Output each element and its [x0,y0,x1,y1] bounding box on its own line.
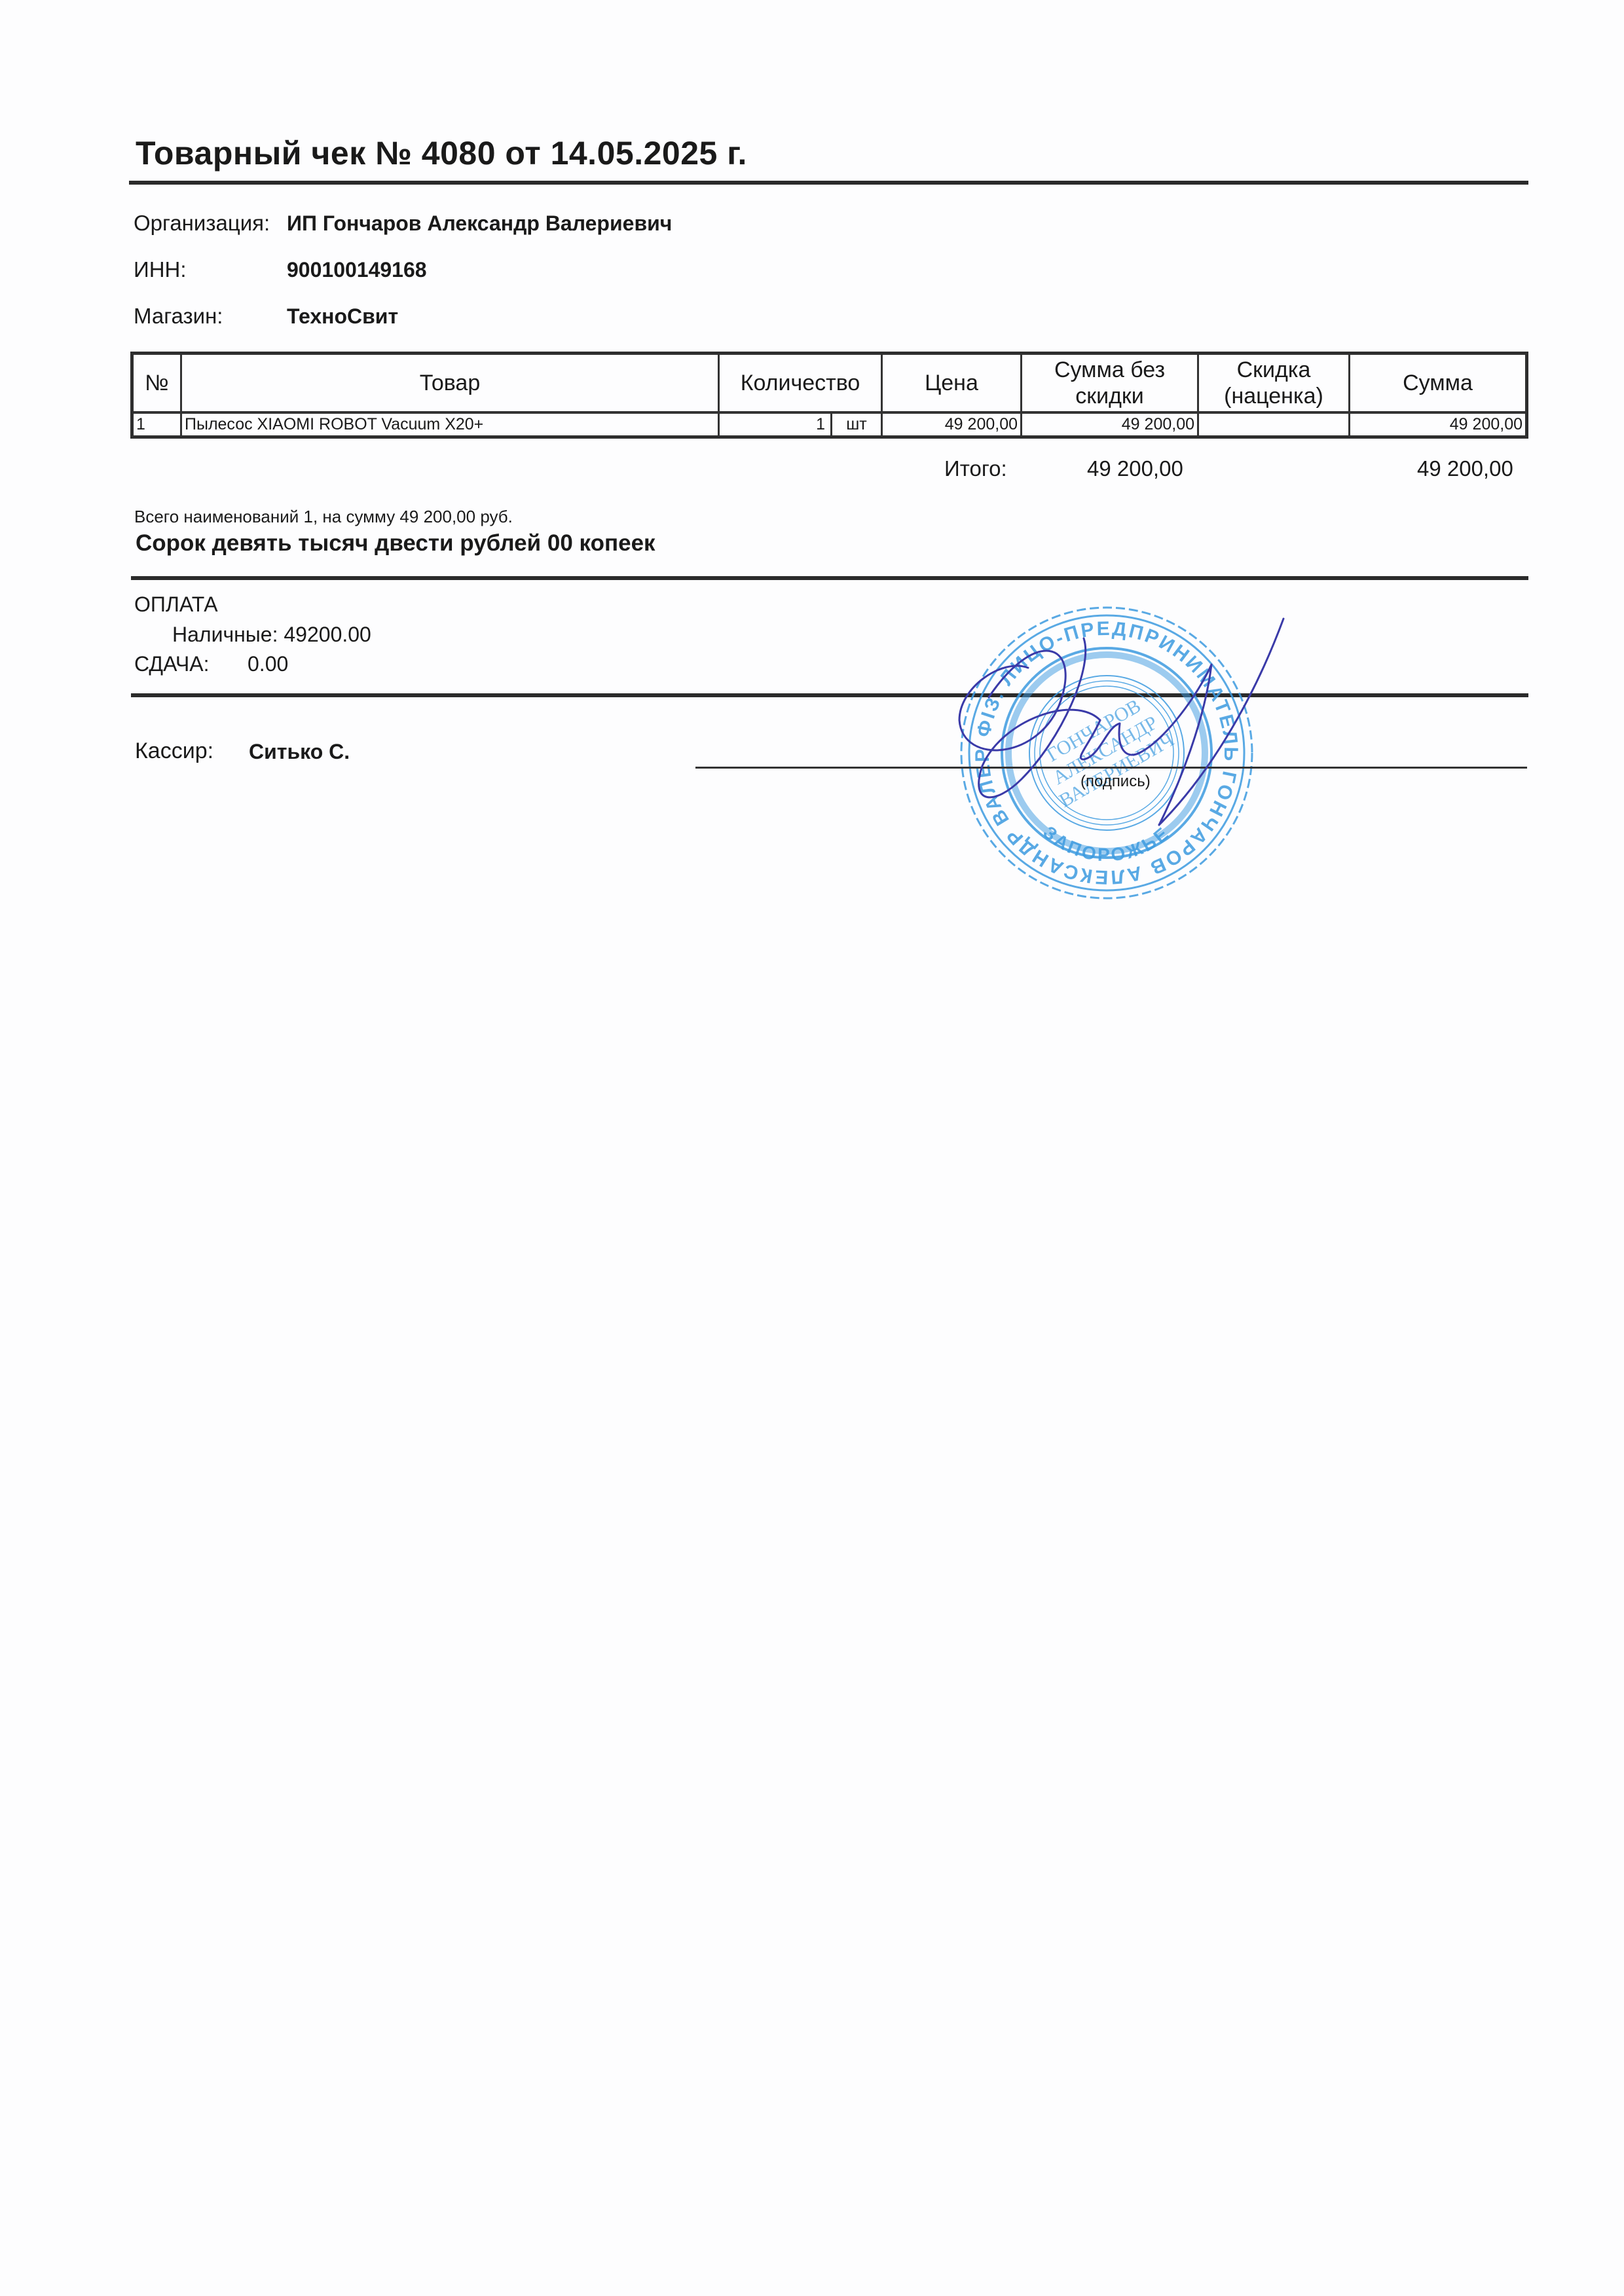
header-product: Товар [182,355,720,414]
row-price: 49 200,00 [883,414,1022,435]
payment-divider-top [131,576,1528,580]
signature-caption: (подпись) [1080,773,1151,791]
row-sum-no-discount: 49 200,00 [1022,414,1199,435]
change-value: 0.00 [248,652,288,676]
organization-label: Организация: [134,211,270,236]
svg-text:ФІЗ. ЛИЦО-ПРЕДПРИНИМАТЕЛЬ ГОНЧ: ФІЗ. ЛИЦО-ПРЕДПРИНИМАТЕЛЬ ГОНЧАРОВ АЛЕКС… [953,599,1242,888]
inn-value: 900100149168 [287,258,427,282]
header-sum: Сумма [1350,355,1525,414]
totals-label: Итого: [944,456,1007,481]
header-sum-no-discount: Сумма без скидки [1022,355,1199,414]
header-num: № [134,355,182,414]
cashier-name: Ситько С. [249,740,350,764]
row-sum: 49 200,00 [1350,414,1525,435]
signature-line [695,767,1527,769]
header-quantity: Количество [720,355,883,414]
totals-sum: 49 200,00 [1417,456,1513,481]
handwritten-signature-icon [943,589,1310,917]
items-table: № Товар Количество Цена Сумма без скидки… [130,352,1528,439]
stamp-center-1: ГОНЧАРОВ [1043,695,1145,766]
row-quantity: 1 [720,414,832,435]
change-label: СДАЧА: [134,652,209,676]
shop-value: ТехноСвит [287,304,398,329]
row-unit: шт [832,414,883,435]
shop-label: Магазин: [134,304,223,329]
inn-label: ИНН: [134,257,187,282]
payment-cash: Наличные: 49200.00 [172,623,371,647]
row-product: Пылесос XIAOMI ROBOT Vacuum X20+ [182,414,720,435]
header-price: Цена [883,355,1022,414]
payment-divider-bottom [131,693,1528,697]
row-discount [1199,414,1350,435]
totals-sum-no-discount: 49 200,00 [1087,456,1183,481]
seal-stamp-icon: ФІЗ. ЛИЦО-ПРЕДПРИНИМАТЕЛЬ ГОНЧАРОВ АЛЕКС… [953,599,1261,907]
payment-heading: ОПЛАТА [134,592,218,617]
title-divider [129,181,1528,185]
amount-in-words: Сорок девять тысяч двести рублей 00 копе… [136,530,655,556]
organization-value: ИП Гончаров Александр Валериевич [287,211,672,236]
cashier-label: Кассир: [135,738,213,764]
items-summary: Всего наименований 1, на сумму 49 200,00… [134,507,513,527]
stamp-center-3: ВАЛЕРИЕВИЧ [1056,729,1178,812]
stamp-city: ЗАПОРОЖЬЕ [1039,822,1174,865]
document-title: Товарный чек № 4080 от 14.05.2025 г. [136,134,747,172]
row-num: 1 [134,414,182,435]
svg-text:ЗАПОРОЖЬЕ: ЗАПОРОЖЬЕ [1039,822,1174,865]
header-discount: Скидка (наценка) [1199,355,1350,414]
stamp-outer-text: ФІЗ. ЛИЦО-ПРЕДПРИНИМАТЕЛЬ ГОНЧАРОВ АЛЕКС… [953,599,1242,888]
